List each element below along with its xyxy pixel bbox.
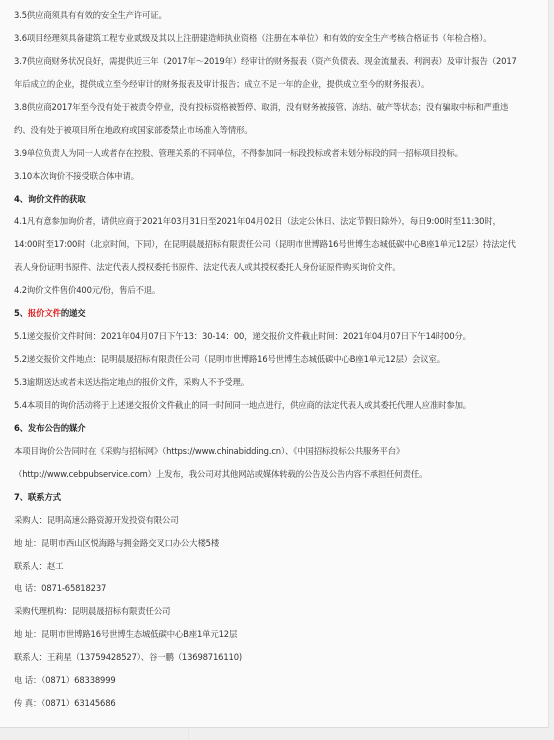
req-3-8-part1: 3.8供应商2017年至今没有处于被责令停业，没有投标资格被暂停、取消，没有财务… [14, 96, 536, 119]
item-4-1-part1: 4.1凡有意参加询价者，请供应商于2021年03月31日至2021年04月02日… [14, 210, 536, 233]
media-part2: （http://www.cebpubservice.com）上发布，我公司对其他… [14, 463, 536, 486]
footer-divider [188, 729, 189, 740]
section-5-heading: 5、报价文件的递交 [14, 302, 536, 325]
section-4-heading: 4、询价文件的获取 [14, 188, 536, 211]
media-part1: 本项目询价公告同时在《采购与招标网》（https://www.chinabidd… [14, 440, 536, 463]
agency-fax: 传 真：（0871）63145686 [14, 692, 536, 715]
item-5-3: 5.3逾期送达或者未送达指定地点的报价文件，采购人不予受理。 [14, 371, 536, 394]
req-3-8-part2: 约、没有处于被项目所在地政府或国家部委禁止市场准入等情形。 [14, 119, 536, 142]
item-5-1: 5.1递交报价文件时间：2021年04月07日下午13：30-14：00，递交报… [14, 325, 536, 348]
agency-address: 地 址：昆明市世博路16号世博生态城低碳中心B座1单元12层 [14, 623, 536, 646]
req-3-6: 3.6项目经理须具备建筑工程专业贰级及其以上注册建造师执业资格（注册在本单位）和… [14, 27, 536, 50]
section-5-suffix: 的递交 [61, 308, 86, 318]
section-7-heading: 7、联系方式 [14, 486, 536, 509]
purchaser-address: 地 址：昆明市西山区悦海路与拥金路交叉口办公大楼5楼 [14, 532, 536, 555]
req-3-7-part1: 3.7供应商财务状况良好，需提供近三年（2017年～2019年）经审计的财务报表… [14, 50, 536, 73]
agency-name: 采购代理机构：昆明晨晟招标有限责任公司 [14, 600, 536, 623]
req-3-5: 3.5供应商须具有有效的安全生产许可证。 [14, 4, 536, 27]
section-5-prefix: 5、 [14, 308, 28, 318]
agency-phone: 电 话：（0871）68338999 [14, 669, 536, 692]
item-5-4: 5.4本项目的询价活动将于上述递交报价文件截止的同一时间同一地点进行，供应商的法… [14, 394, 536, 417]
item-4-1-part3: 表人身份证明书原件、法定代表人授权委托书原件、法定代表人或其授权委托人身份证原件… [14, 256, 536, 279]
article-panel: 3.5供应商须具有有效的安全生产许可证。 3.6项目经理须具备建筑工程专业贰级及… [0, 0, 549, 728]
req-3-10: 3.10本次询价不接受联合体申请。 [14, 165, 536, 188]
purchaser-name: 采购人：昆明高速公路资源开发投资有限公司 [14, 509, 536, 532]
agency-contacts: 联系人：王莉星（13759428527）、谷一鹏（13698716110) [14, 646, 536, 669]
section-6-heading: 6、发布公告的媒介 [14, 417, 536, 440]
item-5-2: 5.2递交报价文件地点：昆明晨晟招标有限责任公司（昆明市世博路16号世博生态城低… [14, 348, 536, 371]
purchaser-contact: 联系人：赵工 [14, 555, 536, 578]
item-4-1-part2: 14:00时至17:00时（北京时间，下同），在昆明晨晟招标有限责任公司（昆明市… [14, 233, 536, 256]
section-5-highlight: 报价文件 [28, 308, 61, 318]
req-3-9: 3.9单位负责人为同一人或者存在控股、管理关系的不同单位，不得参加同一标段投标或… [14, 142, 536, 165]
item-4-2: 4.2询价文件售价400元/份，售后不退。 [14, 279, 536, 302]
purchaser-phone: 电 话：0871-65818237 [14, 577, 536, 600]
footer-strip [0, 729, 554, 740]
req-3-7-part2: 年后成立的企业，提供成立至今经审计的财务报表及审计报告；成立不足一年的企业，提供… [14, 73, 536, 96]
announcement-article: 3.5供应商须具有有效的安全生产许可证。 3.6项目经理须具备建筑工程专业贰级及… [14, 4, 536, 715]
